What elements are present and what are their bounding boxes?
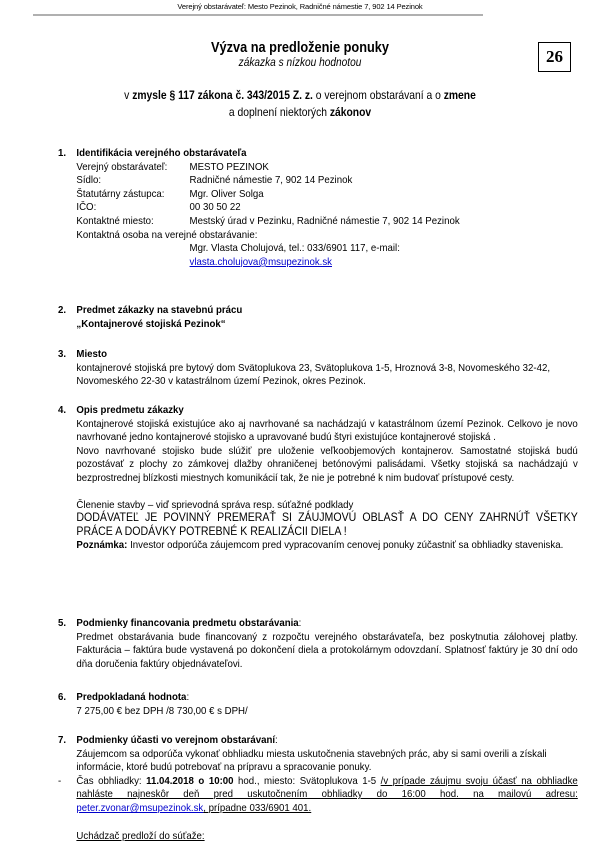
- info-label: IČO:: [76, 201, 189, 215]
- description-paragraph: Členenie stavby – viď sprievodná správa …: [76, 499, 577, 513]
- section-number: 1.: [58, 147, 66, 161]
- heading-colon: :: [299, 617, 302, 629]
- info-label: Štatutárny zástupca:: [76, 188, 189, 202]
- info-value: Mgr. Oliver Solga: [190, 188, 264, 202]
- section-heading: Predmet zákazky na stavebnú prácu: [76, 304, 577, 318]
- description-paragraph: Kontajnerové stojiská existujúce ako aj …: [76, 418, 577, 445]
- visit-date: 11.04.2018 o 10:00: [146, 775, 233, 787]
- section-7: 7. Podmienky účasti vo verejnom obstaráv…: [58, 734, 578, 843]
- description-paragraph: Novo navrhované stojisko bude slúžiť pre…: [76, 445, 577, 486]
- contract-subject: „Kontajnerové stojiská Pezinok“: [76, 318, 577, 332]
- info-value: Mestský úrad v Pezinku, Radničné námesti…: [190, 215, 460, 229]
- law-text: v: [124, 88, 132, 102]
- submission-heading: Uchádzač predloží do súťaže:: [76, 830, 577, 844]
- info-value: 00 30 50 22: [190, 201, 241, 215]
- heading-colon: :: [186, 691, 189, 703]
- law-text: zákonov: [330, 105, 371, 119]
- document-title: Výzva na predloženie ponuky: [36, 40, 564, 56]
- section-number: 5.: [58, 617, 66, 631]
- section-number: 7.: [58, 734, 66, 748]
- section-number: 2.: [58, 304, 66, 318]
- contact-label: Kontaktná osoba na verejné obstarávanie:: [76, 229, 577, 243]
- running-header: Verejný obstarávateľ: Mesto Pezinok, Rad…: [0, 2, 600, 11]
- info-value: Radničné námestie 7, 902 14 Pezinok: [190, 174, 353, 188]
- info-row: Kontaktné miesto:Mestský úrad v Pezinku,…: [76, 215, 577, 229]
- section-number: 4.: [58, 404, 66, 418]
- info-label: Sídlo:: [76, 174, 189, 188]
- info-label: Kontaktné miesto:: [76, 215, 189, 229]
- law-text: a doplnení niektorých: [229, 105, 330, 119]
- note-label: Poznámka:: [76, 539, 127, 551]
- section-5: 5. Podmienky financovania predmetu obsta…: [58, 617, 578, 671]
- note-text: Investor odporúča záujemcom pred vypraco…: [127, 539, 563, 551]
- law-text: zmene: [444, 88, 476, 102]
- heading-colon: :: [275, 734, 278, 746]
- visit-text: Čas obhliadky:: [76, 775, 146, 787]
- site-visit-item: - Čas obhliadky: 11.04.2018 o 10:00 hod.…: [76, 775, 577, 816]
- law-text: o verejnom obstarávaní a o: [313, 88, 444, 102]
- info-row: Štatutárny zástupca:Mgr. Oliver Solga: [76, 188, 577, 202]
- info-label: Verejný obstarávateľ:: [76, 161, 189, 175]
- location-text: kontajnerové stojiská pre bytový dom Svä…: [76, 362, 577, 389]
- financing-text: Predmet obstarávania bude financovaný z …: [76, 631, 577, 672]
- estimated-value: 7 275,00 € bez DPH /8 730,00 € s DPH/: [76, 705, 577, 719]
- legal-basis: v zmysle § 117 zákona č. 343/2015 Z. z. …: [42, 87, 558, 121]
- section-heading: Predpokladaná hodnota: [76, 691, 186, 703]
- participation-text: Záujemcom sa odporúča vykonať obhliadku …: [76, 748, 577, 775]
- contractor-obligation: DODÁVATEĽ JE POVINNÝ PREMERAŤ SI ZÁUJMOV…: [76, 512, 577, 539]
- section-3: 3. Miesto kontajnerové stojiská pre byto…: [58, 348, 578, 389]
- document-subtitle: zákazka s nízkou hodnotou: [36, 57, 564, 69]
- info-row: Verejný obstarávateľ:MESTO PEZINOK: [76, 161, 577, 175]
- section-heading: Opis predmetu zákazky: [76, 404, 577, 418]
- section-4: 4. Opis predmetu zákazky Kontajnerové st…: [58, 404, 578, 553]
- visit-text: hod., miesto: Svätoplukova 1-5: [234, 775, 381, 787]
- section-2: 2. Predmet zákazky na stavebnú prácu „Ko…: [58, 304, 578, 331]
- info-row: IČO:00 30 50 22: [76, 201, 577, 215]
- law-text: zmysle § 117 zákona č. 343/2015 Z. z.: [132, 88, 313, 102]
- section-number: 6.: [58, 691, 66, 705]
- visit-email-link[interactable]: peter.zvonar@msupezinok.sk: [76, 802, 203, 814]
- section-number: 3.: [58, 348, 66, 362]
- section-1: 1. Identifikácia verejného obstarávateľa…: [58, 147, 578, 269]
- header-divider: [33, 14, 483, 16]
- info-row: Sídlo:Radničné námestie 7, 902 14 Pezino…: [76, 174, 577, 188]
- contact-person: Mgr. Vlasta Cholujová, tel.: 033/6901 11…: [190, 242, 578, 256]
- section-6: 6. Predpokladaná hodnota: 7 275,00 € bez…: [58, 691, 578, 718]
- visit-phone: , prípadne 033/6901 401.: [203, 802, 311, 814]
- page-box-number: 26: [538, 42, 571, 72]
- section-heading: Identifikácia verejného obstarávateľa: [76, 147, 577, 161]
- contact-email-link[interactable]: vlasta.cholujova@msupezinok.sk: [190, 256, 332, 268]
- section-heading: Podmienky financovania predmetu obstaráv…: [76, 617, 298, 629]
- note: Poznámka: Investor odporúča záujemcom pr…: [76, 539, 577, 553]
- section-heading: Podmienky účasti vo verejnom obstarávaní: [76, 734, 275, 746]
- info-value: MESTO PEZINOK: [190, 161, 269, 175]
- bullet-dash: -: [58, 775, 61, 789]
- section-heading: Miesto: [76, 348, 577, 362]
